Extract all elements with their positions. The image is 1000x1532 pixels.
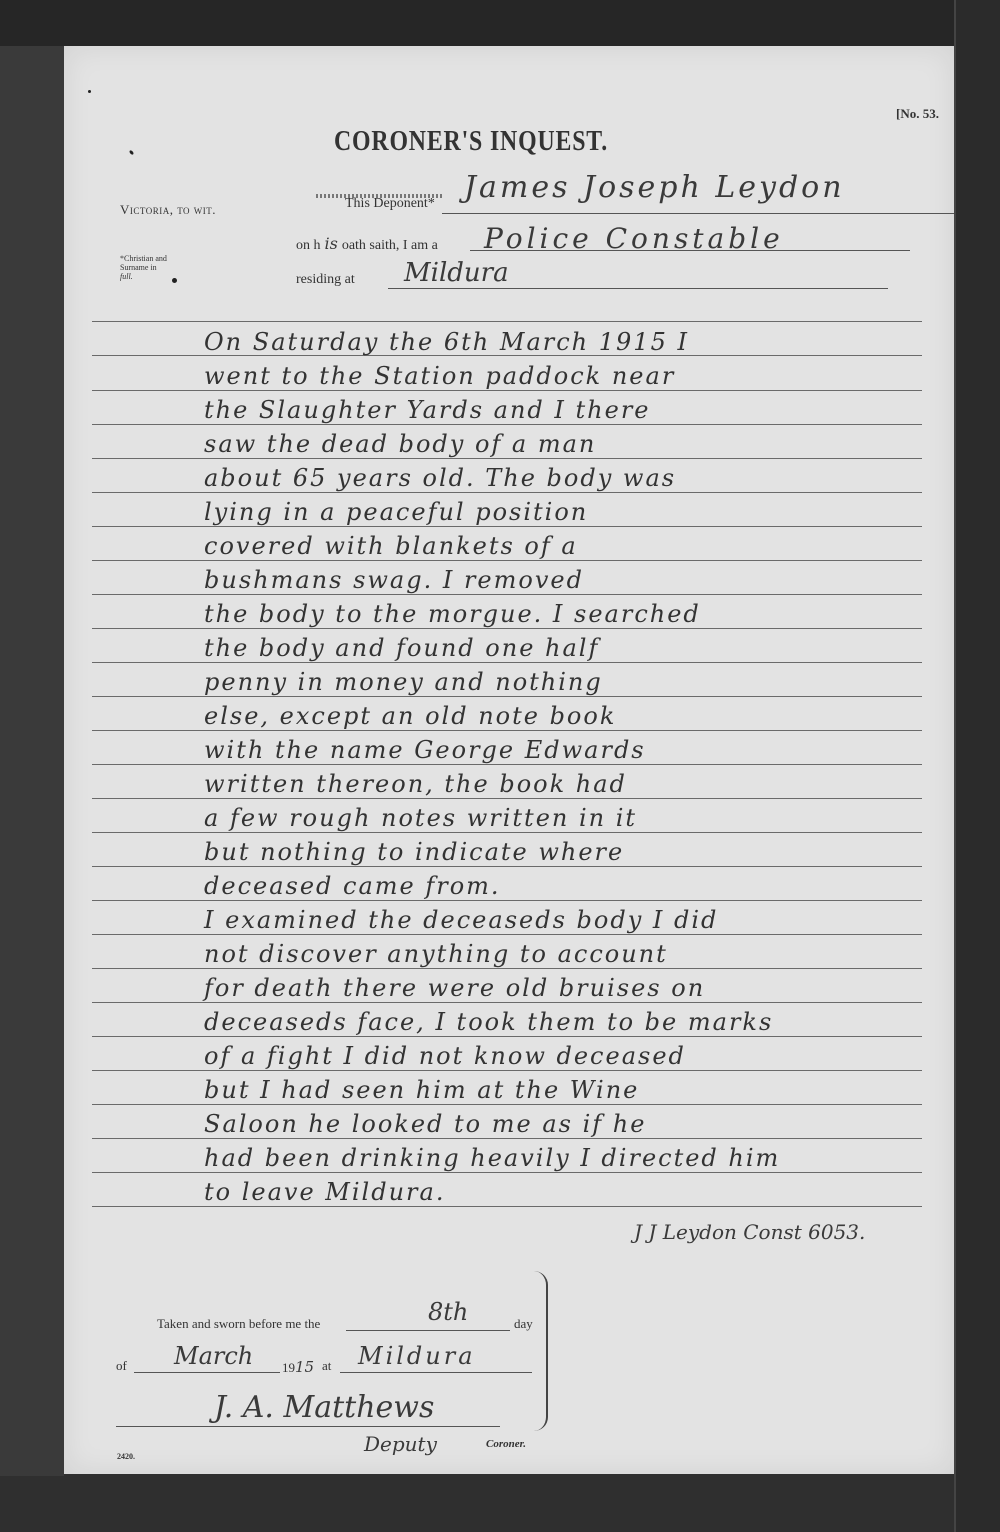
deponent-name-handwritten: James Joseph Leydon bbox=[464, 170, 845, 205]
year-label: 1915 bbox=[282, 1358, 314, 1376]
statement-line: On Saturday the 6th March 1915 I bbox=[204, 328, 689, 356]
ink-speck bbox=[129, 150, 135, 156]
footnote-christian-surname: *Christian and Surname in full. bbox=[120, 254, 180, 281]
footnote-line: *Christian and bbox=[120, 254, 180, 263]
day-label: day bbox=[514, 1316, 533, 1332]
ruled-line bbox=[92, 832, 922, 833]
jurisdiction-label: Victoria, to wit. bbox=[120, 202, 216, 218]
ruled-line bbox=[92, 560, 922, 561]
day-handwritten: 8th bbox=[428, 1298, 468, 1326]
statement-line: else, except an old note book bbox=[204, 702, 616, 730]
statement-line: had been drinking heavily I directed him bbox=[204, 1144, 780, 1172]
ruled-line bbox=[92, 866, 922, 867]
oath-pronoun-handwritten: is bbox=[325, 234, 338, 253]
oath-label-suffix: oath saith, I am a bbox=[342, 238, 438, 253]
deponent-label: This Deponent* bbox=[345, 196, 435, 212]
binder-background-top bbox=[0, 0, 1000, 46]
ruled-line bbox=[92, 798, 922, 799]
ruled-line bbox=[92, 594, 922, 595]
occupation-handwritten: Police Constable bbox=[484, 222, 784, 255]
statement-line: but I had seen him at the Wine bbox=[204, 1076, 639, 1104]
at-label: at bbox=[322, 1358, 331, 1374]
coroner-signature: J. A. Matthews bbox=[214, 1390, 434, 1425]
ruled-line bbox=[92, 730, 922, 731]
residence-field-line bbox=[388, 288, 888, 289]
coroner-signature-line bbox=[116, 1426, 500, 1427]
residence-handwritten: Mildura bbox=[404, 258, 509, 288]
form-number: [No. 53. bbox=[896, 106, 939, 122]
statement-line: went to the Station paddock near bbox=[204, 362, 675, 390]
ruled-line bbox=[92, 390, 922, 391]
ruled-line bbox=[92, 628, 922, 629]
ruled-line bbox=[92, 1104, 922, 1105]
footnote-line: Surname in bbox=[120, 263, 180, 272]
statement-line: to leave Mildura. bbox=[204, 1178, 445, 1206]
ruled-line bbox=[92, 900, 922, 901]
month-field-line bbox=[134, 1372, 280, 1373]
ruled-line bbox=[92, 424, 922, 425]
place-handwritten: Mildura bbox=[358, 1342, 476, 1370]
jurat-taken-label: Taken and sworn before me the bbox=[157, 1316, 320, 1332]
statement-line: written thereon, the book had bbox=[204, 770, 627, 798]
statement-line: with the name George Edwards bbox=[204, 736, 646, 764]
coroner-label: Coroner. bbox=[486, 1438, 526, 1450]
statement-line: deceaseds face, I took them to be marks bbox=[204, 1008, 773, 1036]
month-handwritten: March bbox=[174, 1342, 253, 1370]
statement-line: saw the dead body of a man bbox=[204, 430, 596, 458]
ruled-line bbox=[92, 696, 922, 697]
statement-line: Saloon he looked to me as if he bbox=[204, 1110, 646, 1138]
page-title: CORONER'S INQUEST. bbox=[334, 126, 608, 158]
residence-label: residing at bbox=[296, 272, 355, 288]
statement-line: the body and found one half bbox=[204, 634, 599, 662]
year-prefix: 19 bbox=[282, 1360, 295, 1375]
ruled-line bbox=[92, 1172, 922, 1173]
ruled-line bbox=[92, 764, 922, 765]
ruled-line bbox=[92, 458, 922, 459]
binder-background-left bbox=[0, 46, 64, 1476]
statement-line: lying in a peaceful position bbox=[204, 498, 588, 526]
ruled-line bbox=[92, 526, 922, 527]
oath-label: on hisoath saith, I am a bbox=[296, 234, 438, 254]
statement-line: bushmans swag. I removed bbox=[204, 566, 584, 594]
ruled-line bbox=[92, 492, 922, 493]
binder-background-right bbox=[954, 0, 1000, 1532]
statement-line: the body to the morgue. I searched bbox=[204, 600, 701, 628]
deputy-handwritten: Deputy bbox=[364, 1432, 437, 1456]
statement-line: not discover anything to account bbox=[204, 940, 668, 968]
statement-line: of a fight I did not know deceased bbox=[204, 1042, 686, 1070]
statement-line: covered with blankets of a bbox=[204, 532, 578, 560]
print-code: 2420. bbox=[117, 1452, 135, 1461]
ruled-line bbox=[92, 1070, 922, 1071]
deponent-field-line bbox=[442, 213, 954, 214]
footnote-line: full. bbox=[120, 272, 180, 281]
coroners-inquest-page: [No. 53. CORONER'S INQUEST. Victoria, to… bbox=[64, 46, 954, 1474]
deponent-signature: J J Leydon Const 6053. bbox=[634, 1220, 865, 1244]
ruled-line bbox=[92, 968, 922, 969]
statement-line: the Slaughter Yards and I there bbox=[204, 396, 651, 424]
jurat-brace bbox=[534, 1271, 548, 1431]
ruled-line bbox=[92, 1206, 922, 1207]
place-field-line bbox=[340, 1372, 532, 1373]
ink-speck bbox=[88, 90, 91, 93]
statement-line: penny in money and nothing bbox=[204, 668, 603, 696]
oath-label-prefix: on h bbox=[296, 238, 321, 253]
statement-line: deceased came from. bbox=[204, 872, 501, 900]
ruled-line bbox=[92, 1002, 922, 1003]
ruled-line bbox=[92, 934, 922, 935]
statement-line: for death there were old bruises on bbox=[204, 974, 705, 1002]
ruled-line bbox=[92, 1036, 922, 1037]
day-field-line bbox=[346, 1330, 510, 1331]
of-label: of bbox=[116, 1358, 127, 1374]
ruled-line bbox=[92, 321, 922, 322]
ruled-line bbox=[92, 662, 922, 663]
statement-line: a few rough notes written in it bbox=[204, 804, 637, 832]
statement-line: but nothing to indicate where bbox=[204, 838, 624, 866]
statement-line: about 65 years old. The body was bbox=[204, 464, 676, 492]
ruled-line bbox=[92, 1138, 922, 1139]
year-handwritten: 15 bbox=[295, 1358, 314, 1376]
statement-line: I examined the deceaseds body I did bbox=[204, 906, 718, 934]
